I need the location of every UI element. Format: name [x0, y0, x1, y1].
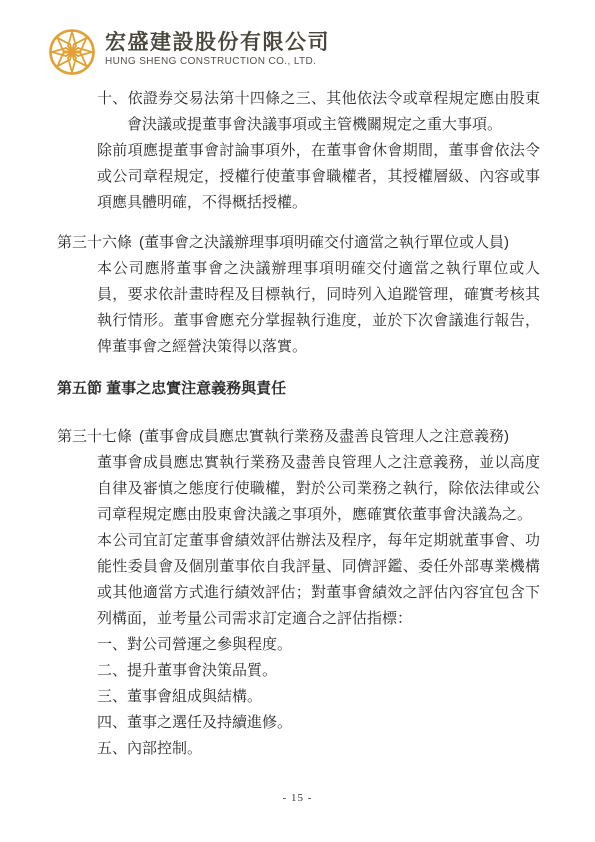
evaluation-item: 一、對公司營運之參與程度。 [97, 632, 540, 658]
section-5-heading: 第五節 董事之忠實注意義務與責任 [57, 376, 540, 402]
article-37-number: 第三十七條 [57, 428, 132, 445]
company-name-en: HUNG SHENG CONSTRUCTION CO., LTD. [105, 56, 330, 68]
article-37-title: (董事會成員應忠實執行業務及盡善良管理人之注意義務) [139, 428, 509, 445]
company-logo-icon [46, 27, 98, 77]
evaluation-item: 二、提升董事會決策品質。 [97, 658, 540, 684]
company-name-zh: 宏盛建設股份有限公司 [105, 30, 330, 54]
page-header: 宏盛建設股份有限公司 HUNG SHENG CONSTRUCTION CO., … [46, 27, 330, 77]
evaluation-item: 四、董事之選任及持續進修。 [97, 710, 540, 736]
document-page: 宏盛建設股份有限公司 HUNG SHENG CONSTRUCTION CO., … [0, 0, 595, 842]
evaluation-item: 三、董事會組成與結構。 [97, 684, 540, 710]
page-number: - 15 - [0, 792, 595, 804]
article-37-body-2: 本公司宜訂定董事會績效評估辦法及程序，每年定期就董事會、功能性委員會及個別董事依… [97, 528, 540, 632]
clause-item-10-text: 依證券交易法第十四條之三、其他依法令或章程規定應由股東會決議或提董事會決議事項或… [127, 90, 540, 133]
clause-item-10: 十、依證券交易法第十四條之三、其他依法令或章程規定應由股東會決議或提董事會決議事… [97, 86, 540, 138]
paragraph-delegation: 除前項應提董事會討論事項外，在董事會休會期間，董事會依法令或公司章程規定，授權行… [97, 138, 540, 216]
company-name-block: 宏盛建設股份有限公司 HUNG SHENG CONSTRUCTION CO., … [105, 27, 330, 68]
document-body: 十、依證券交易法第十四條之三、其他依法令或章程規定應由股東會決議或提董事會決議事… [57, 86, 540, 762]
clause-item-10-marker: 十、 [97, 90, 128, 107]
article-37-heading: 第三十七條(董事會成員應忠實執行業務及盡善良管理人之注意義務) [57, 424, 540, 450]
article-36-body: 本公司應將董事會之決議辦理事項明確交付適當之執行單位或人員，要求依計畫時程及目標… [97, 256, 540, 360]
article-36-heading: 第三十六條(董事會之決議辦理事項明確交付適當之執行單位或人員) [57, 230, 540, 256]
article-37-body-1: 董事會成員應忠實執行業務及盡善良管理人之注意義務，並以高度自律及審慎之態度行使職… [97, 450, 540, 528]
article-36-number: 第三十六條 [57, 234, 132, 251]
evaluation-items-list: 一、對公司營運之參與程度。 二、提升董事會決策品質。 三、董事會組成與結構。 四… [57, 632, 540, 762]
evaluation-item: 五、內部控制。 [97, 736, 540, 762]
article-36-title: (董事會之決議辦理事項明確交付適當之執行單位或人員) [139, 234, 509, 251]
